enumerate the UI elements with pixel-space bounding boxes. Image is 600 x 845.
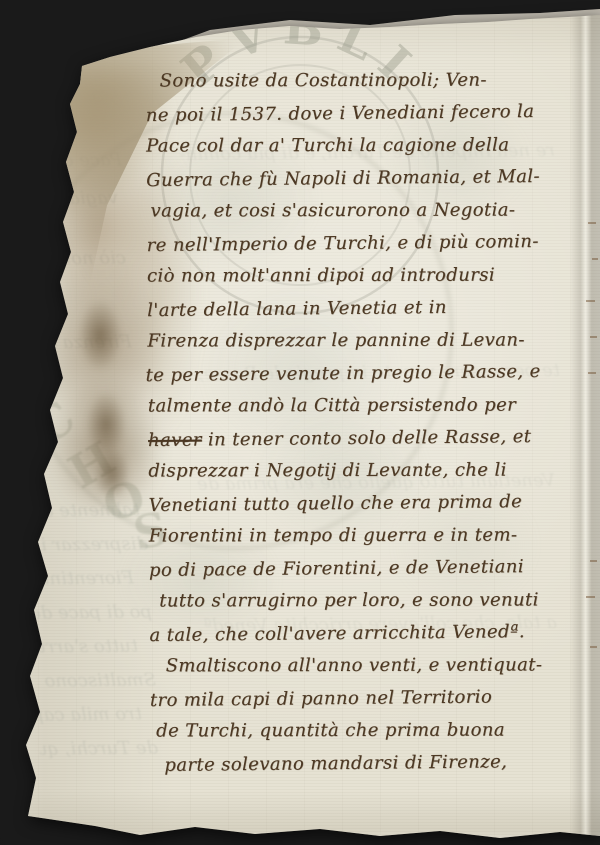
line-remainder: in tener conto solo delle Rasse, et — [202, 426, 532, 450]
bleedthrough-text: Venetiani tutto quello che era prima de — [150, 470, 555, 495]
damask-watermark — [120, 520, 280, 640]
manuscript-line: de Turchi, quantità che prima buona — [156, 719, 544, 753]
manuscript-line: te per essere venute in pregio le Rasse,… — [146, 360, 542, 397]
manuscript-line: Sono usite da Costantinopoli; Ven- — [160, 69, 540, 102]
manuscript-line: talmente andò la Città persistendo per — [148, 394, 542, 428]
manuscript-line: vagia, et cosi s'asicurorono a Negotia- — [150, 199, 540, 233]
manuscript-line: ne poi il 1537. dove i Venediani fecero … — [146, 100, 540, 137]
damask-watermark — [250, 400, 430, 550]
underlying-page-edge — [0, 0, 600, 845]
seal-side-letter: S — [129, 501, 173, 561]
manuscript-line: a tale, che coll'avere arricchita Venedª… — [149, 620, 543, 657]
manuscript-line: Guerra che fù Napoli di Romania, et Mal- — [146, 165, 540, 202]
bleedthrough-text: disprezzar i Negotij di Levante, che li — [30, 533, 148, 555]
manuscript-text: Sono usite da Costantinopoli; Ven- ne po… — [146, 69, 545, 787]
gutter-ink-mark — [586, 596, 595, 598]
manuscript-line: Smaltiscono all'anno venti, e ventiquat- — [166, 654, 544, 687]
photo-vignette — [0, 0, 600, 845]
manuscript-line: re nell'Imperio de Turchi, e di più comi… — [147, 230, 541, 267]
stain-blotch — [94, 448, 130, 500]
bleedthrough-text: re nell'Imperio de Turchi, e di più comi… — [150, 140, 555, 165]
seal-side-letter: H — [59, 431, 124, 499]
corner-stain — [52, 38, 302, 308]
bleedthrough-text: Pace col dar a' Turchi la cagione della — [4, 149, 122, 171]
manuscript-line: parte solevano mandarsi di Firenze, — [164, 750, 544, 786]
left-edge-stain — [30, 70, 210, 510]
bleedthrough-text: Smaltiscono all'anno venti, e ventiquat- — [38, 669, 156, 691]
manuscript-line: l'arte della lana in Venetia et in — [147, 295, 541, 332]
manuscript-line: ciò non molt'anni dipoi ad introdursi — [147, 264, 541, 298]
bleedthrough-layer: PVBLI C H O S Pace col dar a' Turchi la … — [0, 0, 600, 845]
manuscript-line: disprezzar i Negotij di Levante, che li — [148, 459, 542, 493]
gutter-ink-mark — [588, 372, 596, 374]
paper-wrap: PVBLI C H O S Pace col dar a' Turchi la … — [0, 0, 600, 845]
manuscript-line: Pace col dar a' Turchi la cagione della — [146, 134, 540, 168]
gutter-ink-mark — [586, 300, 595, 302]
seal-side-letter: C — [23, 390, 85, 455]
manuscript-line: Firenza disprezzar le pannine di Levan- — [147, 329, 541, 363]
gutter-ink-mark — [592, 258, 598, 260]
svg-text:PVBLI: PVBLI — [172, 0, 430, 99]
manuscript-photo: PVBLI C H O S Pace col dar a' Turchi la … — [0, 0, 600, 845]
bleedthrough-text: po di pace de Fiorentini, e de Venetiani — [34, 601, 152, 623]
gutter-crease — [570, 0, 600, 845]
bleedthrough-text: Firenza disprezzar le pannine di Levan- — [14, 331, 132, 353]
manuscript-line: Venetiani tutto quello che era prima de — [148, 490, 542, 527]
seal-arched-text: PVBLI — [172, 0, 430, 99]
struck-word: haver — [148, 429, 202, 451]
bleedthrough-text: tutto s'arrugirno per loro, e sono venut… — [20, 635, 138, 657]
manuscript-line: Fiorentini in tempo di guerra e in tem- — [149, 524, 543, 558]
manuscript-page: PVBLI C H O S Pace col dar a' Turchi la … — [0, 0, 600, 845]
damask-watermark — [380, 100, 530, 220]
stain-blotch — [86, 392, 126, 456]
bleedthrough-text: ciò non molt'anni dipoi ad introdursi — [8, 247, 126, 269]
manuscript-line: tutto s'arrugirno per loro, e sono venut… — [159, 589, 543, 623]
manuscript-line: tro mila capi di panno nel Territorio — [150, 685, 544, 722]
gutter-ink-mark — [590, 560, 597, 562]
damask-watermark — [200, 280, 400, 460]
bleedthrough-text: talmente andò la Città persistendo per — [22, 499, 140, 521]
top-seal-watermark: PVBLI — [0, 0, 600, 320]
bleedthrough-text: te per essere venute in pregio le Rasse,… — [155, 360, 560, 385]
seal-side-letter: O — [96, 469, 152, 533]
gutter-ink-mark — [590, 336, 597, 338]
damask-watermark — [140, 130, 320, 270]
bleedthrough-text: de Turchi, quantità che prima buona — [40, 737, 158, 759]
manuscript-line: po di pace de Fiorentini, e de Venetiani — [149, 555, 543, 592]
bleedthrough-text: Fiorentini in tempo di guerra e in tem- — [16, 567, 134, 589]
stain-blotch — [78, 300, 122, 370]
gutter-ink-mark — [590, 646, 597, 648]
bleedthrough-text: tro mila capi di panno nel Territorio — [24, 703, 142, 725]
gutter-ink-mark — [588, 222, 596, 224]
paper-edge-highlight — [0, 0, 600, 845]
archival-page-number: 25 — [116, 40, 134, 53]
damask-watermark — [390, 480, 540, 610]
bleedthrough-text: a tale, che coll'avere arricchita Venedª… — [152, 612, 557, 637]
manuscript-line-with-strikethrough: haver in tener conto solo delle Rasse, e… — [148, 425, 542, 462]
seal-ring-watermark — [15, 112, 453, 550]
bleedthrough-text: vagia, et cosi s'asicurorono a Negotia- — [0, 187, 118, 209]
